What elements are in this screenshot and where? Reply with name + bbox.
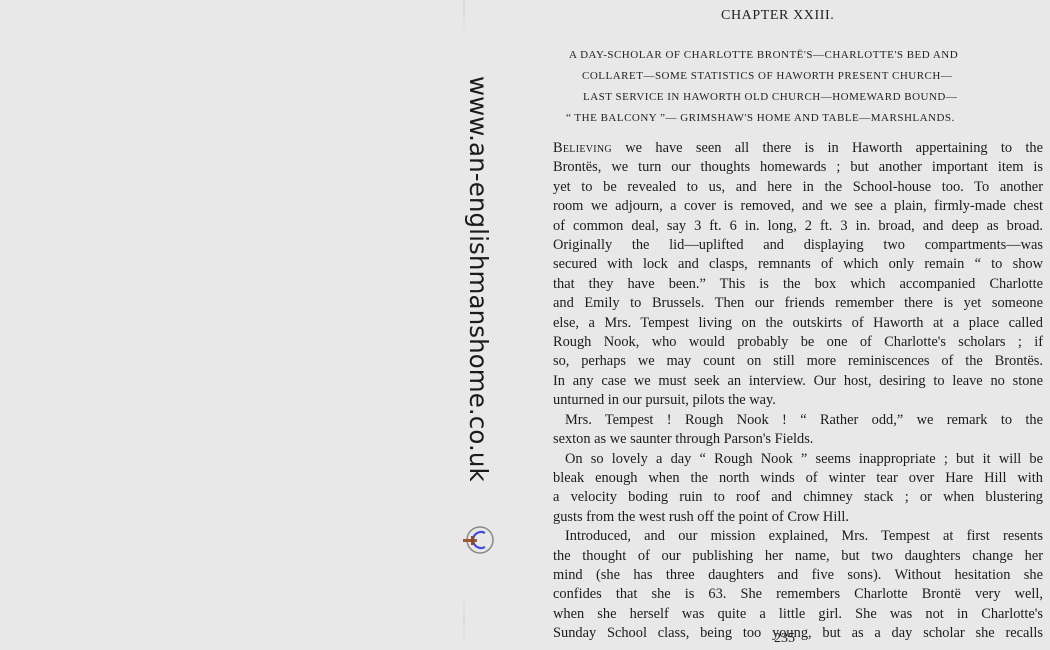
synopsis-line: COLLARET—SOME STATISTICS OF HAWORTH PRES…: [553, 66, 1043, 87]
synopsis-line: “ THE BALCONY ”— GRIMSHAW'S HOME AND TAB…: [553, 108, 1043, 129]
text-line: Brontës, we turn our thoughts homewards …: [553, 158, 1043, 177]
text-line: confides that she is 63. She remembers C…: [553, 585, 1043, 604]
gutter-mark-top: [463, 0, 465, 40]
text-line: mind (she has three daughters and five s…: [553, 566, 1043, 585]
text-line: when she herself was quite a little girl…: [553, 605, 1043, 624]
text-line: sexton as we saunter through Parson's Fi…: [553, 430, 1043, 449]
text-line: and Emily to Brussels. Then our friends …: [553, 294, 1043, 313]
text-line: else, a Mrs. Tempest living on the outsk…: [553, 314, 1043, 333]
copyright-circle-logo-icon: [463, 524, 495, 556]
text-line: Introduced, and our mission explained, M…: [553, 527, 1043, 546]
text-line: yet to be revealed to us, and here in th…: [553, 178, 1043, 197]
text-line: Mrs. Tempest ! Rough Nook ! “ Rather odd…: [553, 411, 1043, 430]
text-line: On so lovely a day “ Rough Nook ” seems …: [553, 450, 1043, 469]
text-line: secured with lock and clasps, remnants o…: [553, 255, 1043, 274]
text-line: of common deal, say 3 ft. 6 in. long, 2 …: [553, 217, 1043, 236]
text-line: Believing we have seen all there is in H…: [553, 139, 1043, 158]
body-text: Believing we have seen all there is in H…: [553, 139, 1043, 644]
text-line: that they have been.” This is the box wh…: [553, 275, 1043, 294]
text-line: unturned in our pursuit, pilots the way.: [553, 391, 1043, 410]
watermark-url: www.an-englishmanshome.co.uk: [463, 76, 493, 482]
text-line: gusts from the west rush off the point o…: [553, 508, 1043, 527]
synopsis-line: A DAY-SCHOLAR OF CHARLOTTE BRONTË'S—CHAR…: [553, 45, 1043, 66]
text-line: Sunday School class, being too young, bu…: [553, 624, 1043, 643]
watermark: www.an-englishmanshome.co.uk: [463, 76, 493, 516]
gutter-mark-bottom: [463, 590, 465, 650]
text-line: bleak enough when the north winds of win…: [553, 469, 1043, 488]
text-line: so, perhaps we may count on still more r…: [553, 352, 1043, 371]
text-line: Rough Nook, who would probably be one of…: [553, 333, 1043, 352]
page-number: 235: [774, 631, 795, 647]
chapter-title: CHAPTER XXIII.: [721, 8, 834, 24]
text-line: room we adjourn, a cover is removed, and…: [553, 197, 1043, 216]
text-line: In any case we must seek an interview. O…: [553, 372, 1043, 391]
text-line: a velocity boding ruin to roof and chimn…: [553, 488, 1043, 507]
text-line: the thought of our publishing her name, …: [553, 547, 1043, 566]
chapter-synopsis: A DAY-SCHOLAR OF CHARLOTTE BRONTË'S—CHAR…: [553, 45, 1043, 129]
opening-word: Believing: [553, 140, 612, 156]
text-line: Originally the lid—uplifted and displayi…: [553, 236, 1043, 255]
synopsis-line: LAST SERVICE IN HAWORTH OLD CHURCH—HOMEW…: [553, 87, 1043, 108]
